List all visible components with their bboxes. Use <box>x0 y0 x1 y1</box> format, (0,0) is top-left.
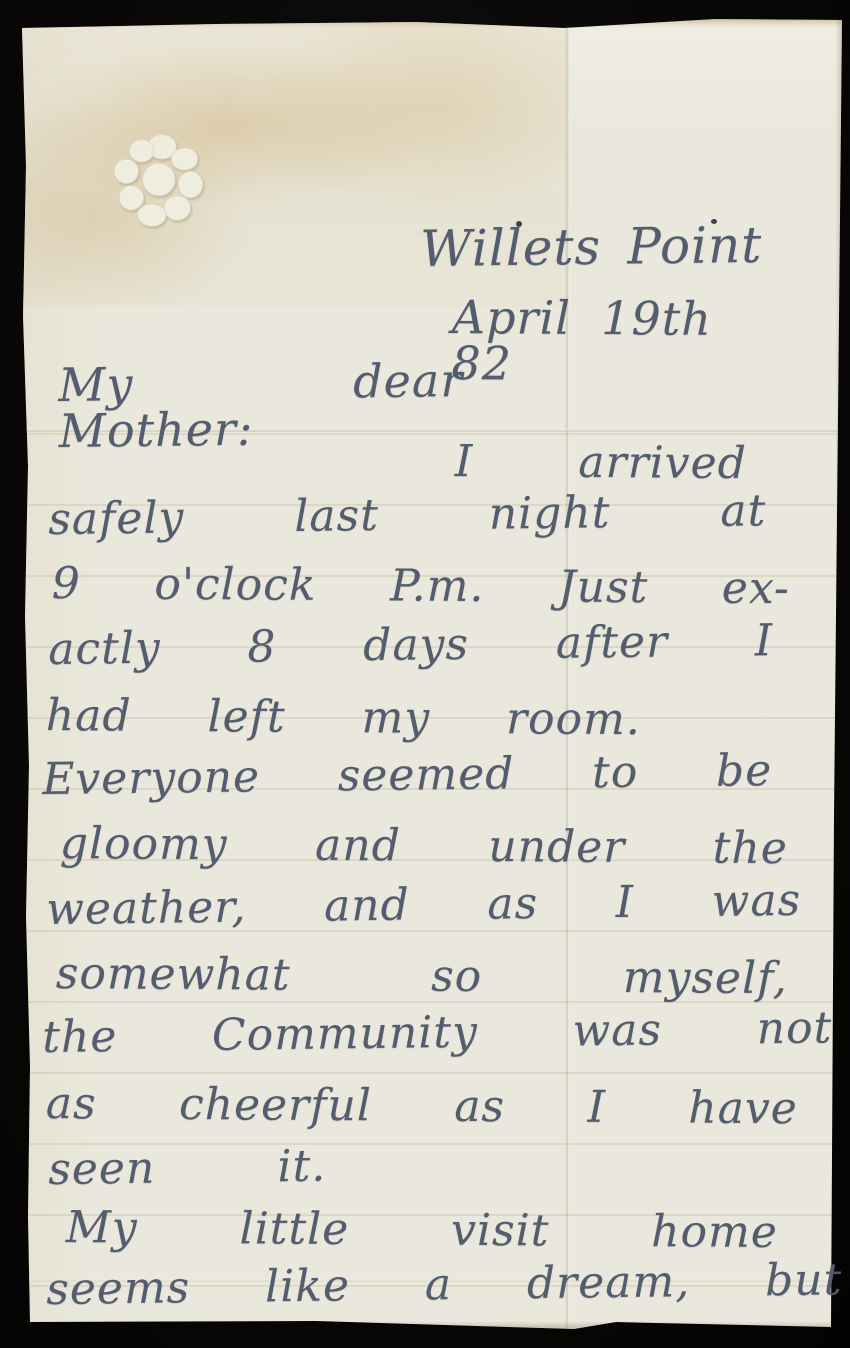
letter-text: Willets Point April 19th 82 My dear Moth… <box>0 0 850 1348</box>
letter-line: 9 o'clock P.m. Just ex- <box>52 562 790 611</box>
letter-line: safely last night at <box>48 489 766 542</box>
letter-line: actly 8 days after I <box>48 619 773 672</box>
letter-line: seems like a dream, but <box>46 1258 842 1312</box>
letter-line: seen it. <box>48 1145 327 1192</box>
letter-line: weather, and as I was <box>46 879 801 932</box>
letter-date: April 19th 82 <box>451 294 712 388</box>
letter-line: My little visit home <box>66 1206 778 1255</box>
photo-background: Willets Point April 19th 82 My dear Moth… <box>0 0 850 1348</box>
letter-line: I arrived <box>455 440 747 486</box>
letter-line: as cheerful as I have <box>46 1082 798 1131</box>
letter-line: the Community was not <box>42 1006 832 1060</box>
ink-speck <box>516 221 522 227</box>
ink-speck <box>711 219 717 224</box>
letter-line: somewhat so myself, <box>56 952 788 1001</box>
letter-line: had left my room. <box>46 694 641 742</box>
letter-line: Everyone seemed to be <box>42 749 772 802</box>
letter-place: Willets Point <box>420 220 763 274</box>
letter-line: gloomy and under the <box>60 822 788 871</box>
salutation: My dear Mother: <box>58 357 464 454</box>
